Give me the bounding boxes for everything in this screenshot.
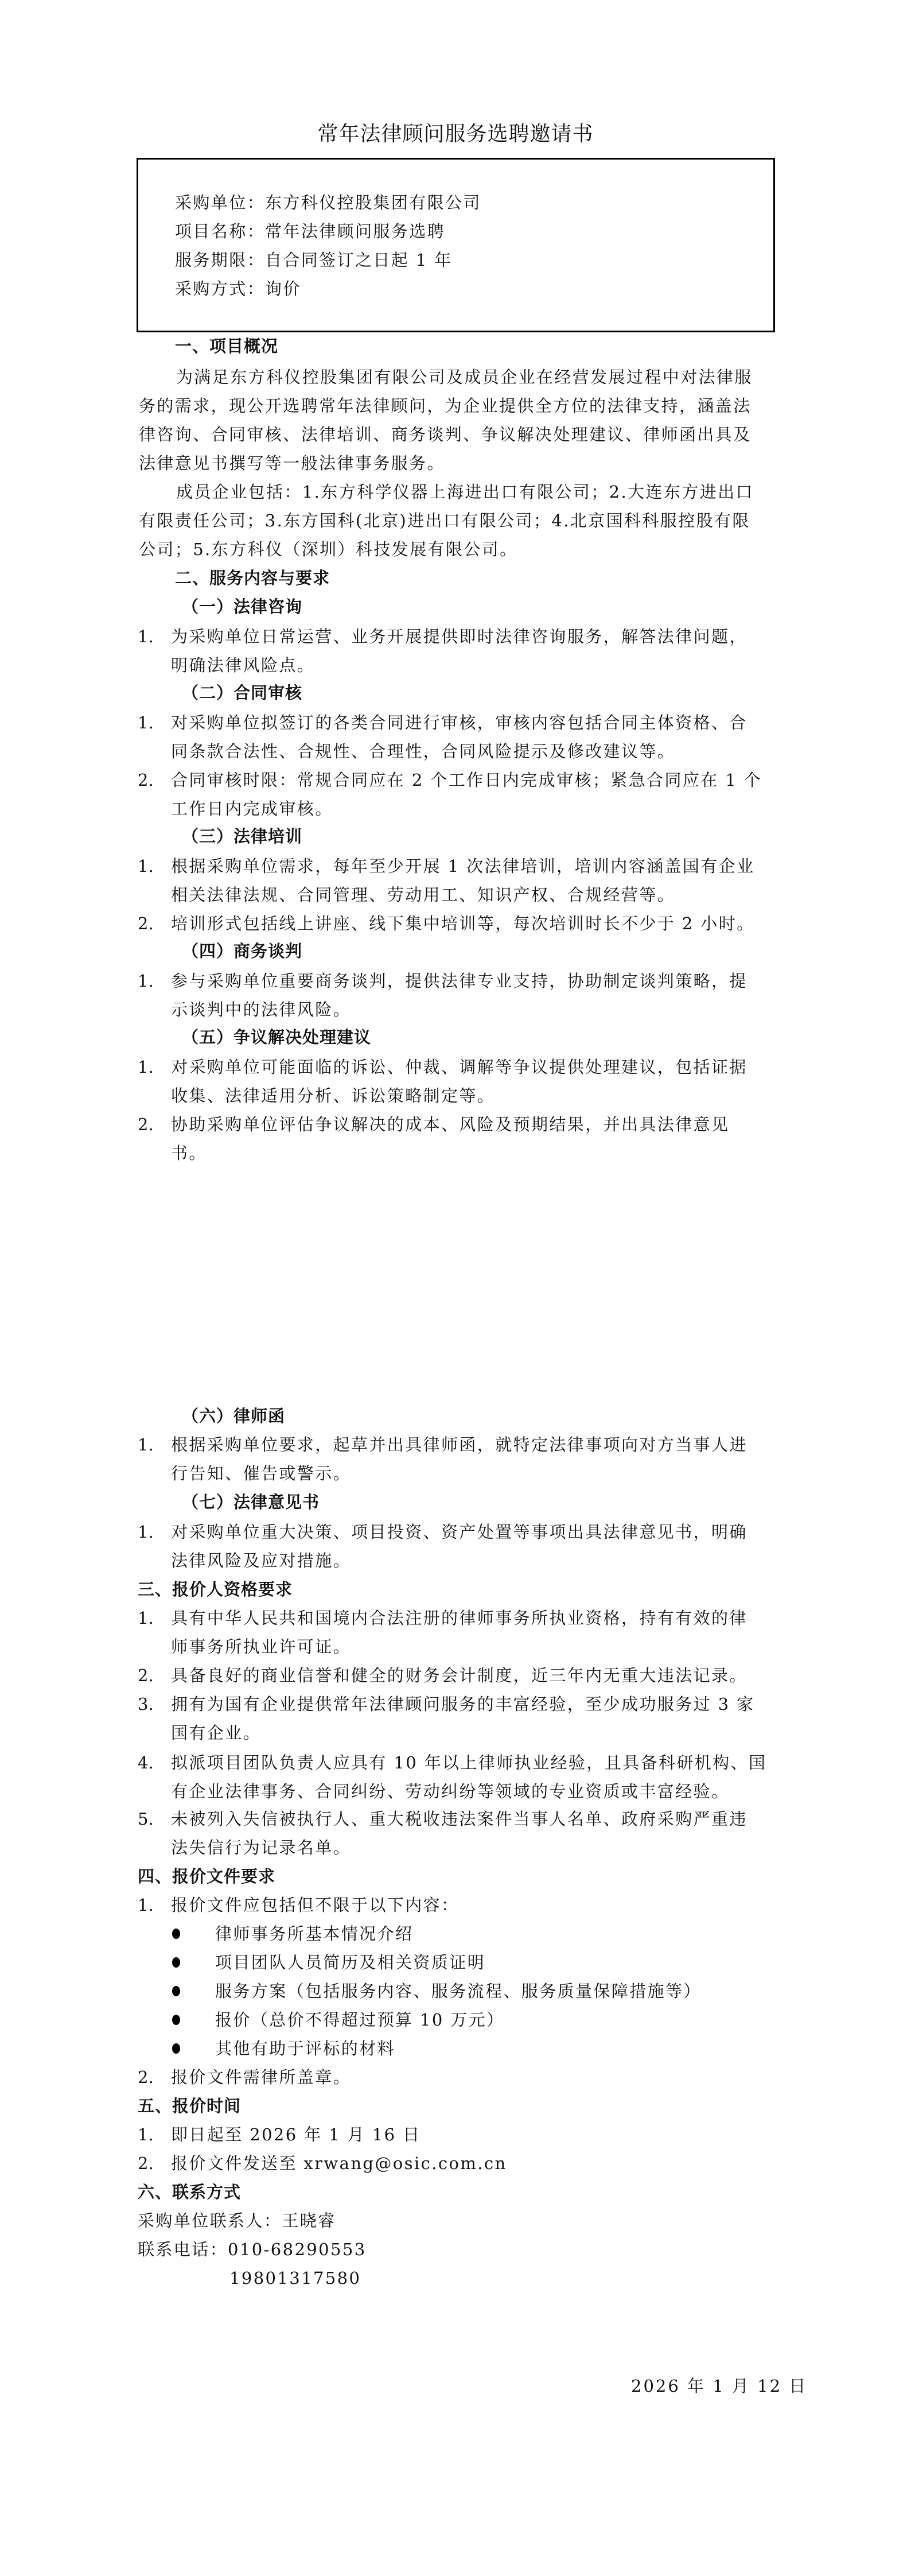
list-item-line: 合同审核时限：常规合同应在 2 个工作日内完成审核；紧急合同应在 1 个 [171,770,762,790]
list-number: 1. [138,627,154,646]
bullet-icon [172,1929,180,1939]
list-item-line: 拥有为国有企业提供常年法律顾问服务的丰富经验，至少成功服务过 3 家 [171,1694,755,1714]
list-item-line: 根据采购单位需求，每年至少开展 1 次法律培训，培训内容涵盖国有企业 [171,856,755,876]
list-number: 2. [138,1115,154,1134]
list-item-line: 报价文件需律所盖章。 [171,2067,351,2087]
list-item-line: 法失信行为记录名单。 [171,1838,351,1857]
list-number: 1. [138,971,154,991]
section-heading: 六、联系方式 [138,2182,241,2202]
subsection-heading: （六）律师函 [182,1406,285,1426]
list-item-line: 有企业法律事务、合同纠纷、劳动纠纷等领域的专业资质或丰富经验。 [171,1782,729,1801]
paragraph-line: 法律意见书撰写等一般法律事务服务。 [139,453,445,473]
bullet-icon [172,2043,180,2054]
info-purchaser: 采购单位：东方科仪控股集团有限公司 [175,193,481,212]
document-title: 常年法律顾问服务选聘邀请书 [0,122,911,147]
list-item-line: 相关法律法规、合同管理、劳动用工、知识产权、合规经营等。 [171,885,675,905]
subsection-heading: （一）法律咨询 [182,597,302,616]
list-number: 1. [138,1057,154,1077]
list-number: 1. [138,1522,154,1542]
section-heading: 四、报价文件要求 [138,1867,275,1886]
list-item-line: 书。 [171,1143,207,1163]
list-number: 1. [138,2125,154,2144]
list-item-line: 即日起至 2026 年 1 月 16 日 [171,2125,421,2144]
bullet-item: 报价（总价不得超过预算 10 万元） [215,2010,505,2030]
section-heading: 二、服务内容与要求 [175,568,330,588]
list-number: 2. [138,1666,154,1685]
list-item-line: 行告知、催告或警示。 [171,1464,351,1483]
info-method: 采购方式：询价 [175,279,301,298]
paragraph-line: 为满足东方科仪控股集团有限公司及成员企业在经营发展过程中对法律服 [176,367,753,387]
list-item-line: 拟派项目团队负责人应具有 10 年以上律师执业经验，且具备科研机构、国 [171,1753,766,1772]
list-number: 2. [138,2154,154,2173]
section-heading: 五、报价时间 [138,2096,241,2116]
bullet-item: 服务方案（包括服务内容、服务流程、服务质量保障措施等） [215,1981,702,2001]
contact-person: 采购单位联系人：王晓睿 [138,2211,336,2230]
list-number: 1. [138,1608,154,1628]
info-term: 服务期限：自合同签订之日起 1 年 [175,250,453,270]
list-item-line: 根据采购单位要求，起草并出具律师函，就特定法律事项向对方当事人进 [171,1435,748,1454]
subsection-heading: （三）法律培训 [182,827,302,846]
paragraph-line: 律咨询、合同审核、法律培训、商务谈判、争议解决处理建议、律师函出具及 [139,425,752,444]
subsection-heading: （二）合同审核 [182,683,302,703]
list-number: 1. [138,856,154,876]
paragraph-line: 公司；5.东方科仪（深圳）科技发展有限公司。 [139,540,517,559]
contact-phone: 联系电话：010-68290553 [138,2240,367,2259]
paragraph-line: 务的需求，现公开选聘常年法律顾问，为企业提供全方位的法律支持，涵盖法 [139,396,752,416]
list-item-line: 明确法律风险点。 [171,655,315,675]
list-item-line: 协助采购单位评估争议解决的成本、风险及预期结果，并出具法律意见 [171,1115,729,1134]
subsection-heading: （七）法律意见书 [182,1492,320,1512]
list-item-line: 收集、法律适用分析、诉讼策略制定等。 [171,1086,495,1105]
list-number: 2. [138,770,154,790]
section-heading: 三、报价人资格要求 [138,1580,293,1599]
info-project: 项目名称：常年法律顾问服务选聘 [175,222,445,241]
list-number: 1. [138,713,154,732]
list-item-line: 参与采购单位重要商务谈判，提供法律专业支持，协助制定谈判策略，提 [171,971,748,991]
bullet-icon [172,1986,180,1996]
list-item-line: 具有中华人民共和国境内合法注册的律师事务所执业资格，持有有效的律 [171,1608,748,1628]
list-item-line: 对采购单位拟签订的各类合同进行审核，审核内容包括合同主体资格、合 [171,713,748,732]
list-number: 1. [138,1435,154,1454]
paragraph-line: 成员企业包括：1.东方科学仪器上海进出口有限公司；2.大连东方进出口 [176,482,754,502]
list-item-line: 国有企业。 [171,1723,261,1743]
list-item-line: 法律风险及应对措施。 [171,1551,351,1570]
list-number: 3. [138,1694,154,1714]
list-item-line: 对采购单位可能面临的诉讼、仲裁、调解等争议提供处理建议，包括证据 [171,1057,748,1077]
list-number: 1. [138,1895,154,1915]
info-box [137,158,775,332]
list-number: 2. [138,914,154,933]
list-item-line: 同条款合法性、合规性、合理性，合同风险提示及修改建议等。 [171,742,675,761]
bullet-icon [172,2015,180,2025]
section-heading: 一、项目概况 [175,336,278,356]
list-item-line: 为采购单位日常运营、业务开展提供即时法律咨询服务，解答法律问题， [171,627,748,646]
list-item-line: 未被列入失信被执行人、重大税收违法案件当事人名单、政府采购严重违 [171,1809,748,1829]
list-number: 2. [138,2067,154,2087]
list-item-line: 培训形式包括线上讲座、线下集中培训等，每次培训时长不少于 2 小时。 [171,914,755,933]
list-item-line: 报价文件应包括但不限于以下内容： [171,1895,459,1915]
list-item-line: 对采购单位重大决策、项目投资、资产处置等事项出具法律意见书，明确 [171,1522,748,1542]
paragraph-line: 有限责任公司；3.东方国科(北京)进出口有限公司；4.北京国科科服控股有限 [139,511,750,530]
subsection-heading: （四）商务谈判 [182,941,302,961]
bullet-item: 其他有助于评标的材料 [215,2039,395,2058]
bullet-icon [172,1957,180,1968]
list-number: 5. [138,1809,154,1829]
email-line: 报价文件发送至 xrwang@osic.com.cn [171,2154,507,2173]
bullet-item: 项目团队人员简历及相关资质证明 [215,1953,485,1972]
list-item-line: 具备良好的商业信誉和健全的财务会计制度，近三年内无重大违法记录。 [171,1666,748,1685]
list-item-line: 示谈判中的法律风险。 [171,1000,351,1019]
bullet-item: 律师事务所基本情况介绍 [215,1924,413,1943]
subsection-heading: （五）争议解决处理建议 [182,1027,371,1047]
list-number: 4. [138,1753,154,1772]
contact-phone-mobile: 19801317580 [229,2268,361,2288]
document-date: 2026 年 1 月 12 日 [631,2376,807,2396]
list-item-line: 师事务所执业许可证。 [171,1637,351,1656]
list-item-line: 工作日内完成审核。 [171,799,333,818]
